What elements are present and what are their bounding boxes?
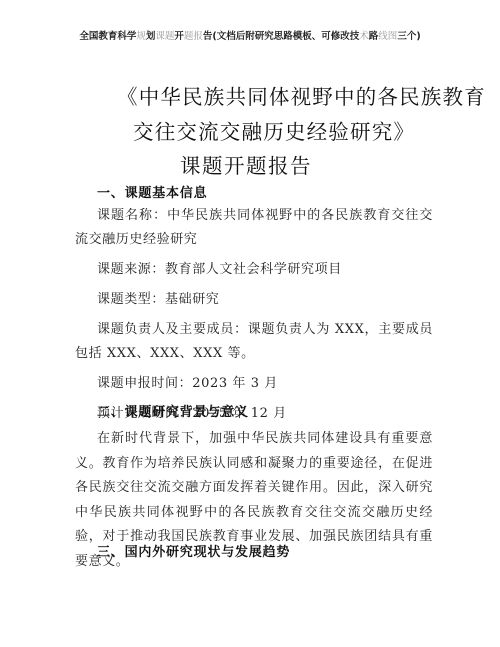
header-seg: 开 xyxy=(174,31,184,42)
header-seg: 题报 xyxy=(184,31,203,42)
topic-type: 课题类型：基础研究 xyxy=(75,288,433,312)
header-seg: 告(文档后附研究思路模板、可修改技 xyxy=(203,31,359,42)
topic-source: 课题来源：教育部人文社会科学研究项目 xyxy=(75,258,433,282)
title-line-2: 交往交流交融历史经验研究》 xyxy=(133,115,415,145)
title-line-1: 《中华民族共同体视野中的各民族教育 xyxy=(117,80,486,110)
header-seg: 线图 xyxy=(378,31,397,42)
section-heading-1: 一、课题基本信息 xyxy=(97,182,207,201)
title-line-3: 课题开题报告 xyxy=(180,149,312,179)
header-seg: 规 xyxy=(136,31,146,42)
topic-members: 课题负责人及主要成员：课题负责人为 XXX，主要成员包括 XXX、XXX、XXX… xyxy=(75,318,433,366)
header-seg: 全国教育科学 xyxy=(79,31,136,42)
topic-name: 课题名称：中华民族共同体视野中的各民族教育交往交流交融历史经验研究 xyxy=(75,204,433,252)
document-header: 全国教育科学规划课题开题报告(文档后附研究思路模板、可修改技术路线图三个) xyxy=(0,28,500,42)
section-1-body: 课题名称：中华民族共同体视野中的各民族教育交往交流交融历史经验研究 课题来源：教… xyxy=(75,204,433,426)
header-seg: 路 xyxy=(369,31,379,42)
section-heading-3: 三、国内外研究现状与发展趋势 xyxy=(97,541,290,560)
section-heading-2: 二、课题研究背景与意义 xyxy=(97,401,249,420)
topic-apply-time: 课题申报时间：2023 年 3 月 xyxy=(75,372,433,396)
header-seg: 术 xyxy=(359,31,369,42)
header-seg: 划 xyxy=(146,31,156,42)
header-seg: 三个) xyxy=(397,31,420,42)
header-seg: 课题 xyxy=(155,31,174,42)
